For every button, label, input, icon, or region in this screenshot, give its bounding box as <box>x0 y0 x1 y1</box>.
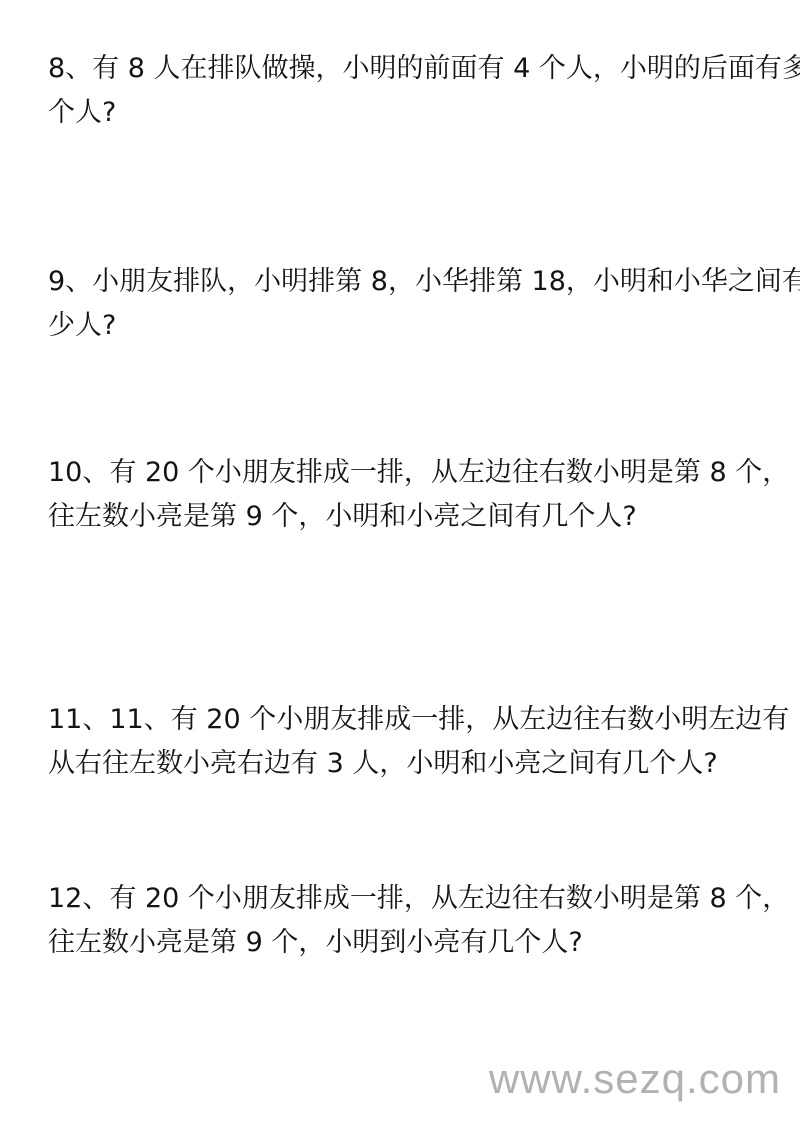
watermark: www.sezq.com <box>489 1058 781 1100</box>
problem-10-line-1: 10、有 20 个小朋友排成一排，从左边往右数小明是第 8 个， 从右 <box>48 451 770 495</box>
problem-11: 11、11、有 20 个小朋友排成一排，从左边往右数小明左边有 5 人， 从右往… <box>48 698 770 786</box>
problem-10: 10、有 20 个小朋友排成一排，从左边往右数小明是第 8 个， 从右 往左数小… <box>48 451 770 539</box>
problem-12-line-2: 往左数小亮是第 9 个，小明到小亮有几个人? <box>48 921 770 965</box>
problem-8: 8、有 8 人在排队做操，小明的前面有 4 个人，小明的后面有多少 个人? <box>48 47 770 135</box>
worksheet-page: 8、有 8 人在排队做操，小明的前面有 4 个人，小明的后面有多少 个人? 9、… <box>0 0 800 1131</box>
problem-10-line-2: 往左数小亮是第 9 个，小明和小亮之间有几个人? <box>48 495 770 539</box>
problem-9: 9、小朋友排队，小明排第 8，小华排第 18，小明和小华之间有多 少人? <box>48 260 770 348</box>
problem-11-line-2: 从右往左数小亮右边有 3 人，小明和小亮之间有几个人? <box>48 742 770 786</box>
problem-12-line-1: 12、有 20 个小朋友排成一排，从左边往右数小明是第 8 个， 从右 <box>48 877 770 921</box>
problem-8-line-1: 8、有 8 人在排队做操，小明的前面有 4 个人，小明的后面有多少 <box>48 47 770 91</box>
problem-11-line-1: 11、11、有 20 个小朋友排成一排，从左边往右数小明左边有 5 人， <box>48 698 770 742</box>
problem-9-line-1: 9、小朋友排队，小明排第 8，小华排第 18，小明和小华之间有多 <box>48 260 770 304</box>
problem-12: 12、有 20 个小朋友排成一排，从左边往右数小明是第 8 个， 从右 往左数小… <box>48 877 770 965</box>
problem-8-line-2: 个人? <box>48 91 770 135</box>
problem-9-line-2: 少人? <box>48 304 770 348</box>
